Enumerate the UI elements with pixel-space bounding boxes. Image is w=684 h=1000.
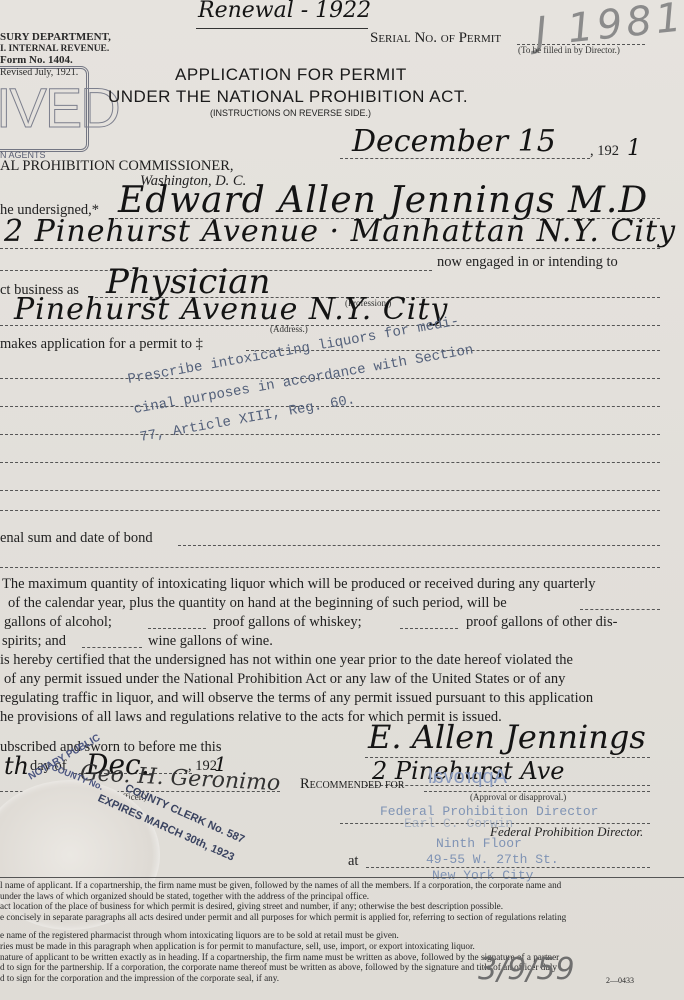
bond-line-2 xyxy=(0,567,660,568)
date-value: December 15 xyxy=(352,124,556,159)
form-code: 2—0433 xyxy=(606,976,634,987)
dept-line: SURY DEPARTMENT, xyxy=(0,32,111,44)
archive-date: 3/9/59 xyxy=(478,952,575,987)
quantity-text: proof gallons of other dis- xyxy=(466,614,617,631)
quantity-text: The maximum quantity of intoxicating liq… xyxy=(2,576,596,593)
recommendation-value: Approval xyxy=(428,766,507,789)
received-stamp: IVED xyxy=(0,66,89,152)
permit-line-3 xyxy=(0,434,660,435)
applicant-address: 2 Pinehurst Avenue · Manhattan N.Y. City xyxy=(4,214,676,249)
year-prefix: , 192 xyxy=(590,143,619,160)
renewal-underline xyxy=(196,28,368,29)
applicant-signature: E. Allen Jennings xyxy=(368,718,646,756)
bond-label: enal sum and date of bond xyxy=(0,530,153,547)
form-title-line1: APPLICATION FOR PERMIT xyxy=(175,65,407,85)
at-label: at xyxy=(348,853,358,870)
day-value: th xyxy=(4,752,29,780)
footnote-divider xyxy=(0,877,684,878)
bond-line xyxy=(178,545,660,546)
form-title-line2: UNDER THE NATIONAL PROHIBITION ACT. xyxy=(108,87,468,107)
recommended-label: Recommended for xyxy=(300,776,404,793)
quantity-text: spirits; and xyxy=(2,633,66,650)
certification-text: is hereby certified that the undersigned… xyxy=(0,652,573,669)
quantity-text: wine gallons of wine. xyxy=(148,633,273,650)
signature-address-line xyxy=(365,785,650,786)
recommendation-hint: (Approval or disapproval.) xyxy=(470,792,566,802)
footnote: l name of applicant. If a copartnership,… xyxy=(0,880,566,891)
permit-label: makes application for a permit to ‡ xyxy=(0,336,203,353)
whiskey-line xyxy=(148,628,206,629)
received-stamp-text: IVED xyxy=(0,75,119,140)
permit-line-6 xyxy=(0,510,660,511)
footnote: e concisely in separate paragraphs all a… xyxy=(0,912,566,923)
year-suffix: 1 xyxy=(627,136,641,161)
address-hint: (Address.) xyxy=(270,324,308,334)
renewal-note: Renewal - 1922 xyxy=(198,0,371,23)
instructions-note: (INSTRUCTIONS ON REVERSE SIDE.) xyxy=(210,108,371,118)
serial-hint: (To be filled in by Director.) xyxy=(518,45,620,55)
quantity-text: proof gallons of whiskey; xyxy=(213,614,362,631)
other-spirits-line xyxy=(400,628,458,629)
engaged-text: now engaged in or intending to xyxy=(437,254,618,271)
director-stamp-line: Ninth Floor xyxy=(436,836,522,851)
certification-text: of any permit issued under the National … xyxy=(4,671,565,688)
footnote: act location of the place of business fo… xyxy=(0,901,566,912)
footnote: under the laws of which organized should… xyxy=(0,891,566,902)
serial-label: Serial No. of Permit xyxy=(370,30,501,47)
quantity-alcohol-line xyxy=(580,609,660,610)
quantity-text: of the calendar year, plus the quantity … xyxy=(8,595,507,612)
permit-line-5 xyxy=(0,490,660,491)
certification-text: regulating traffic in liquor, and will o… xyxy=(0,690,593,707)
footnote: ries must be made in this paragraph when… xyxy=(0,941,566,952)
footnote-spacer xyxy=(0,922,566,930)
document-page: Renewal - 1922 SURY DEPARTMENT, I. INTER… xyxy=(0,0,684,1000)
wine-line xyxy=(82,647,142,648)
permit-line-4 xyxy=(0,462,660,463)
business-address: Pinehurst Avenue N.Y. City xyxy=(14,292,448,327)
footnote: e name of the registered pharmacist thro… xyxy=(0,930,566,941)
quantity-text: gallons of alcohol; xyxy=(4,614,112,631)
form-number: Form No. 1404. xyxy=(0,55,111,67)
director-stamp-line: 49-55 W. 27th St. xyxy=(426,852,559,867)
